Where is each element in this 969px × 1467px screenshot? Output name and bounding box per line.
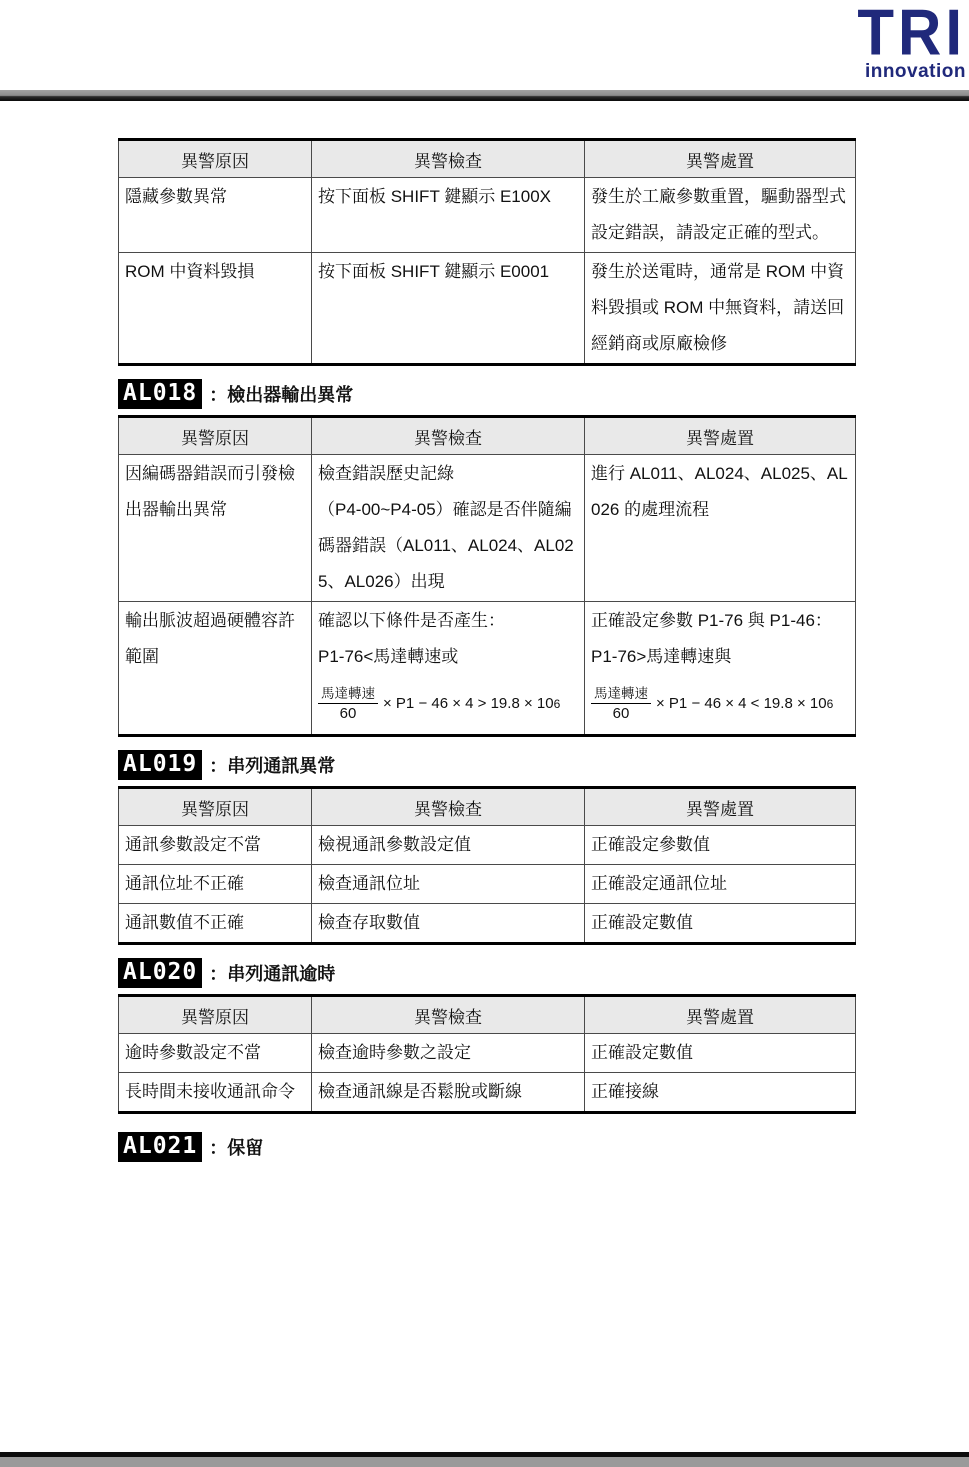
tri-logo: TRI innovation (857, 2, 966, 82)
alarm-title-al020: ：串列通訊逾時 (209, 960, 335, 986)
table-row: 因編碼器錯誤而引發檢出器輸出異常 檢查錯誤歷史記綠 （P4-00~P4-05）確… (119, 455, 856, 602)
cell-check: 檢查通訊線是否鬆脫或斷線 (312, 1073, 585, 1113)
speed-formula-action: 馬達轉速 60 × P1 − 46 × 4 < 19.8 × 10 6 (591, 684, 833, 723)
page-content: 異警原因 異警檢查 異警處置 隱藏參數異常 按下面板 SHIFT 鍵顯示 E10… (118, 138, 855, 1168)
table-header-row: 異警原因 異警檢查 異警處置 (119, 788, 856, 826)
cell-check: 按下面板 SHIFT 鍵顯示 E100X (312, 178, 585, 253)
seven-segment-display-al019: AL019 (118, 750, 202, 780)
alarm-table-al018: 異警原因 異警檢查 異警處置 因編碼器錯誤而引發檢出器輸出異常 檢查錯誤歷史記綠… (118, 415, 856, 737)
cell-cause: 輸出脈波超過硬體容許範圍 (119, 602, 312, 736)
table-header-row: 異警原因 異警檢查 異警處置 (119, 417, 856, 455)
cell-action: 發生於工廠參數重置，驅動器型式設定錯誤，請設定正確的型式。 (585, 178, 856, 253)
table-row: 通訊位址不正確 檢查通訊位址 正確設定通訊位址 (119, 865, 856, 904)
cell-cause: 逾時參數設定不當 (119, 1034, 312, 1073)
alarm-al021-label: AL021 ：保留 (118, 1132, 855, 1162)
col-header-check: 異警檢查 (312, 996, 585, 1034)
cell-cause: 通訊位址不正確 (119, 865, 312, 904)
alarm-title-al018: ：檢出器輸出異常 (209, 381, 353, 407)
table-row: 輸出脈波超過硬體容許範圍 確認以下條件是否產生： P1-76<馬達轉速或 馬達轉… (119, 602, 856, 736)
table-row: 通訊參數設定不當 檢視通訊參數設定值 正確設定參數值 (119, 826, 856, 865)
cell-action: 正確接線 (585, 1073, 856, 1113)
col-header-action: 異警處置 (585, 996, 856, 1034)
cell-action: 正確設定參數值 (585, 826, 856, 865)
action-line: 正確設定參數 P1-76 與 P1-46： (591, 603, 849, 639)
cell-check: 檢查存取數值 (312, 904, 585, 944)
check-line: 確認以下條件是否產生： (318, 603, 578, 639)
speed-formula-check: 馬達轉速 60 × P1 − 46 × 4 > 19.8 × 10 6 (318, 684, 560, 723)
check-line: （P4-00~P4-05）確認是否伴隨編碼器錯誤（AL011、AL024、AL0… (318, 492, 578, 600)
cell-cause: 隱藏參數異常 (119, 178, 312, 253)
table-header-row: 異警原因 異警檢查 異警處置 (119, 140, 856, 178)
col-header-check: 異警檢查 (312, 140, 585, 178)
col-header-cause: 異警原因 (119, 417, 312, 455)
alarm-al020-label: AL020 ：串列通訊逾時 (118, 958, 855, 988)
col-header-check: 異警檢查 (312, 788, 585, 826)
col-header-action: 異警處置 (585, 140, 856, 178)
cell-check: 檢查錯誤歷史記綠 （P4-00~P4-05）確認是否伴隨編碼器錯誤（AL011、… (312, 455, 585, 602)
col-header-action: 異警處置 (585, 788, 856, 826)
col-header-check: 異警檢查 (312, 417, 585, 455)
table-header-row: 異警原因 異警檢查 異警處置 (119, 996, 856, 1034)
cell-action: 正確設定數值 (585, 1034, 856, 1073)
tri-logo-text: TRI (857, 0, 966, 66)
header-divider (0, 90, 969, 101)
alarm-al019-label: AL019 ：串列通訊異常 (118, 750, 855, 780)
cell-cause: 長時間未接收通訊命令 (119, 1073, 312, 1113)
cell-action: 進行 AL011、AL024、AL025、AL026 的處理流程 (585, 455, 856, 602)
seven-segment-display-al021: AL021 (118, 1132, 202, 1162)
cell-check: 檢查通訊位址 (312, 865, 585, 904)
cell-action: 正確設定數值 (585, 904, 856, 944)
table-row: 長時間未接收通訊命令 檢查通訊線是否鬆脫或斷線 正確接線 (119, 1073, 856, 1113)
alarm-al018-label: AL018 ：檢出器輸出異常 (118, 379, 855, 409)
cell-cause: 因編碼器錯誤而引發檢出器輸出異常 (119, 455, 312, 602)
seven-segment-display-al020: AL020 (118, 958, 202, 988)
check-line: 檢查錯誤歷史記綠 (318, 456, 578, 492)
cell-action: 正確設定參數 P1-76 與 P1-46： P1-76>馬達轉速與 馬達轉速 6… (585, 602, 856, 736)
alarm-table-al019: 異警原因 異警檢查 異警處置 通訊參數設定不當 檢視通訊參數設定值 正確設定參數… (118, 786, 856, 945)
action-line: P1-76>馬達轉速與 (591, 639, 849, 675)
alarm-title-al021: ：保留 (209, 1134, 263, 1160)
alarm-title-al019: ：串列通訊異常 (209, 752, 335, 778)
col-header-cause: 異警原因 (119, 996, 312, 1034)
cell-check: 按下面板 SHIFT 鍵顯示 E0001 (312, 253, 585, 365)
footer-divider-gray (0, 1457, 969, 1467)
seven-segment-display-al018: AL018 (118, 379, 202, 409)
alarm-table-continued: 異警原因 異警檢查 異警處置 隱藏參數異常 按下面板 SHIFT 鍵顯示 E10… (118, 138, 856, 366)
cell-check: 確認以下條件是否產生： P1-76<馬達轉速或 馬達轉速 60 × P1 − 4… (312, 602, 585, 736)
table-row: 逾時參數設定不當 檢查逾時參數之設定 正確設定數值 (119, 1034, 856, 1073)
table-row: ROM 中資料毀損 按下面板 SHIFT 鍵顯示 E0001 發生於送電時，通常… (119, 253, 856, 365)
table-row: 隱藏參數異常 按下面板 SHIFT 鍵顯示 E100X 發生於工廠參數重置，驅動… (119, 178, 856, 253)
col-header-action: 異警處置 (585, 417, 856, 455)
fraction: 馬達轉速 60 (591, 684, 651, 723)
col-header-cause: 異警原因 (119, 140, 312, 178)
fraction: 馬達轉速 60 (318, 684, 378, 723)
cell-check: 檢查逾時參數之設定 (312, 1034, 585, 1073)
cell-check: 檢視通訊參數設定值 (312, 826, 585, 865)
cell-action: 發生於送電時，通常是 ROM 中資料毀損或 ROM 中無資料，請送回經銷商或原廠… (585, 253, 856, 365)
cell-action: 正確設定通訊位址 (585, 865, 856, 904)
cell-cause: 通訊參數設定不當 (119, 826, 312, 865)
alarm-table-al020: 異警原因 異警檢查 異警處置 逾時參數設定不當 檢查逾時參數之設定 正確設定數值… (118, 994, 856, 1114)
check-line: P1-76<馬達轉速或 (318, 639, 578, 675)
cell-cause: 通訊數值不正確 (119, 904, 312, 944)
col-header-cause: 異警原因 (119, 788, 312, 826)
cell-cause: ROM 中資料毀損 (119, 253, 312, 365)
table-row: 通訊數值不正確 檢查存取數值 正確設定數值 (119, 904, 856, 944)
